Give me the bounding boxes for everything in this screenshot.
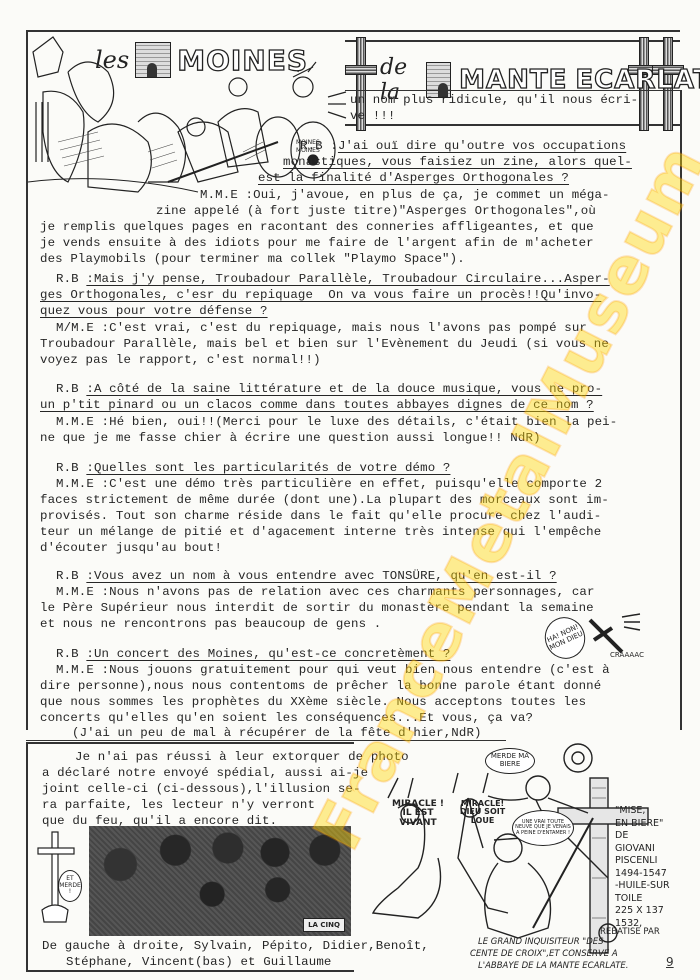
question-3: R.B :A côté de la saine littérature et d… (56, 381, 602, 397)
question-text: monastiques, vous faisiez un zine, alors… (283, 155, 632, 169)
photo-caption-line: Stéphane, Vincent(bas) et Guillaume (66, 954, 332, 970)
question-2: R.B :Mais j'y pense, Troubadour Parallèl… (56, 271, 610, 287)
intro-divider (345, 90, 680, 91)
answer-5-line: et nous ne rencontrons pas beaucoup de g… (40, 616, 381, 632)
question-text: :A côté de la saine littérature et de la… (86, 382, 602, 396)
tv-channel-logo: LA CINQ (303, 918, 345, 932)
answer-5-line: le Père Supérieur nous interdit de sorti… (40, 600, 594, 616)
painting-caption-line: CENTE DE CROIX",ET CONSERVE A (470, 950, 618, 959)
question-1-line: monastiques, vous faisiez un zine, alors… (283, 154, 632, 170)
caption-line: DE (615, 830, 670, 843)
speaker: R.B (300, 139, 323, 153)
caption-line: -HUILE-SUR (615, 880, 670, 893)
answer-6-line: dire personne),nous nous contentoms de p… (40, 678, 601, 694)
crack-sound-effect: CRAAAAC (610, 652, 644, 659)
answer-6-line: concerts qu'elles qu'en soient les consé… (40, 710, 533, 726)
answer-1-line: des Playmobils (pour terminer ma collek … (40, 251, 465, 267)
answer-4: M.M.E :C'est une démo très particulière … (56, 476, 602, 492)
page-frame-right (680, 90, 682, 730)
speaker: M.M.E (56, 585, 94, 599)
question-text: quez vous pour votre défense ? (40, 304, 268, 318)
page-number: 9 (666, 955, 674, 969)
question-4: R.B :Quelles sont les particularités de … (56, 460, 450, 476)
speaker: M.M.E (56, 477, 94, 491)
question-text: ges Orthogonales, c'esr du repiquage On … (40, 288, 601, 302)
speaker: R.B (56, 461, 79, 475)
answer-5: M.M.E :Nous n'avons pas de relation avec… (56, 584, 595, 600)
speaker: R.B (56, 647, 79, 661)
soldier-speech-bubble: UNE VRAI TOUTE NEUVE QUE JE VENAIS A PEI… (512, 810, 574, 846)
speaker: R.B (56, 272, 79, 286)
question-6: R.B :Un concert des Moines, qu'est-ce co… (56, 646, 450, 662)
answer-text: :C'est vrai, c'est du repiquage, mais no… (102, 321, 587, 335)
question-text: un p'tit pinard ou un clacos comme dans … (40, 398, 594, 412)
title-les-moines: les MOINES (95, 42, 308, 78)
speech-bubble-merde-biere: MERDE MA BIERE (485, 748, 535, 774)
photo-intro-line: joint celle-ci (ci-dessous),l'illusion s… (42, 781, 361, 797)
speaker: M.M.E (200, 188, 238, 202)
question-5: R.B :Vous avez un nom à vous entendre av… (56, 568, 557, 584)
answer-1: M.M.E :Oui, j'avoue, en plus de ça, je c… (200, 187, 610, 203)
answer-2-line: Troubadour Parallèle, mais bel et bien s… (40, 336, 609, 352)
painting-caption-rebatise: REBATISE PAR (600, 928, 660, 937)
caption-line: EN BIERE" (615, 818, 670, 831)
answer-6: M.M.E :Nous jouons gratuitement pour qui… (56, 662, 610, 678)
intro-line: un nom plus ridicule, qu'il nous écri- (350, 92, 638, 108)
miracle-shout-2: MIRACLE! DIEU SOIT LOUE (455, 800, 510, 825)
title-moines: MOINES (177, 44, 308, 77)
answer-text: :Hé bien, oui!!(Merci pour le luxe des d… (102, 415, 618, 429)
speaker: M.M.E (56, 415, 94, 429)
caption-line: GIOVANI (615, 843, 670, 856)
question-text: :Quelles sont les particularités de votr… (86, 461, 450, 475)
question-1: R.B :J'ai ouï dire qu'outre vos occupati… (300, 138, 626, 154)
speaker: M/M.E (56, 321, 94, 335)
question-3-line: un p'tit pinard ou un clacos comme dans … (40, 397, 594, 413)
answer-6-line: que nous sommes les prophètes du XXème s… (40, 694, 586, 710)
question-text: est la finalité d'Asperges Orthogonales … (258, 171, 569, 185)
answer-4-line: provisés. Tout son charme réside dans le… (40, 508, 601, 524)
question-text: :Vous avez un nom à vous entendre avec T… (86, 569, 556, 583)
question-1-line: est la finalité d'Asperges Orthogonales … (258, 170, 569, 186)
answer-3: M.M.E :Hé bien, oui!!(Merci pour le luxe… (56, 414, 617, 430)
caption-line: 1494-1547 (615, 868, 670, 881)
answer-2: M/M.E :C'est vrai, c'est du repiquage, m… (56, 320, 587, 336)
answer-1-line: je vends ensuite à des idiots pour me fa… (40, 235, 594, 251)
answer-3-line: ne que je me fasse chier à écrire une qu… (40, 430, 541, 446)
answer-text: :C'est une démo très particulière en eff… (102, 477, 603, 491)
photo-intro-line: a déclaré notre envoyé spédial, aussi ai… (42, 765, 368, 781)
caption-line: "MISE, (615, 805, 670, 818)
speaker: R.B (56, 382, 79, 396)
answer-text: :Nous jouons gratuitement pour qui veut … (102, 663, 610, 677)
answer-text: :Oui, j'avoue, en plus de ça, je commet … (246, 188, 610, 202)
answer-text: :Nous n'avons pas de relation avec ces c… (102, 585, 595, 599)
castle-icon (135, 42, 171, 78)
question-2-line: quez vous pour votre défense ? (40, 303, 268, 319)
question-text: :Un concert des Moines, qu'est-ce concre… (86, 647, 450, 661)
answer-2-line: voyez pas le rapport, c'est normal!!) (40, 352, 321, 368)
painting-caption-line: L'ABBAYE DE LA MANTE ECARLATE. (478, 962, 629, 971)
caption-line: PISCENLI (615, 855, 670, 868)
title-les: les (95, 46, 129, 74)
question-text: J'ai ouï dire qu'outre vos occupations (338, 139, 626, 153)
painting-caption: "MISE, EN BIERE" DE GIOVANI PISCENLI 149… (615, 805, 670, 930)
speaker: M.M.E (56, 663, 94, 677)
answer-1-line: je remplis quelques pages en racontant d… (40, 219, 594, 235)
speaker: R.B (56, 569, 79, 583)
caption-line: TOILE (615, 893, 670, 906)
question-2-line: ges Orthogonales, c'esr du repiquage On … (40, 287, 601, 303)
miracle-shout-1: MIRACLE ! IL EST VIVANT (388, 800, 448, 828)
painting-caption-line: LE GRAND INQUISITEUR "DES- (478, 938, 607, 947)
photo-intro-line: ra parfaite, les lecteur n'y verront (42, 797, 315, 813)
answer-1-line: zine appelé (à fort juste titre)"Asperge… (156, 203, 596, 219)
question-text: :Mais j'y pense, Troubadour Parallèle, T… (86, 272, 609, 286)
answer-4-line: faces strictement de même durée (dont un… (40, 492, 609, 508)
intro-line: ve !!! (350, 108, 396, 124)
answer-4-line: teur un mélange de pitié et d'agacement … (40, 524, 601, 540)
caption-line: 225 x 137 (615, 905, 670, 918)
answer-4-line: d'écouter jusqu'au bout! (40, 540, 222, 556)
speech-bubble-et-merde: ET MERDE ! (58, 870, 82, 902)
